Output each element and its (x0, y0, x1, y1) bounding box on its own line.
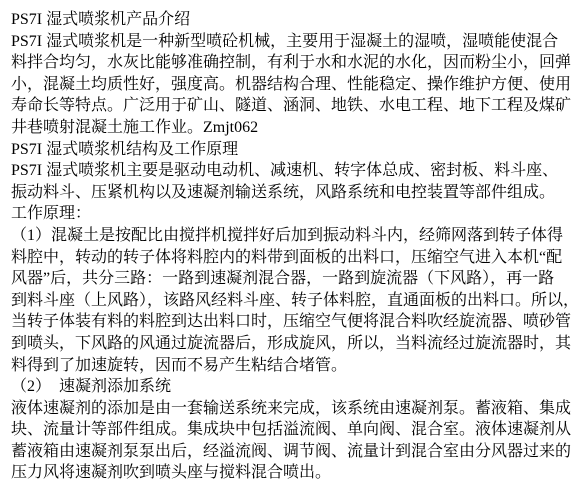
text-line: 料腔中，转动的转子体将料腔内的料带到面板的出料口，压缩空气进入本机“配 (11, 247, 570, 269)
text-line: PS7I 湿式喷浆机产品介绍 (11, 9, 570, 31)
text-line: 块、流量计等部件组成。集成块中包括溢流阀、单向阀、混合室。液体速凝剂从 (11, 419, 570, 441)
text-line: （2） 速凝剂添加系统 (11, 376, 570, 398)
document-body: PS7I 湿式喷浆机产品介绍PS7I 湿式喷浆机是一种新型喷砼机械，主要用于湿凝… (0, 0, 580, 484)
text-line: PS7I 湿式喷浆机是一种新型喷砼机械，主要用于湿凝土的湿喷，湿喷能使混合 (11, 31, 570, 53)
text-line: 小，混凝土均质性好，强度高。机器结构合理、性能稳定、操作维护方便、使用 (11, 74, 570, 96)
text-line: PS7I 湿式喷浆机主要是驱动电动机、减速机、转字体总成、密封板、料斗座、 (11, 160, 570, 182)
text-line: 料得到了加速旋转，因而不易产生粘结合堵管。 (11, 355, 570, 377)
text-line: （1）混凝土是按配比由搅拌机搅拌好后加到振动料斗内，经筛网落到转子体得 (11, 225, 570, 247)
text-line: 井巷喷射混凝土施工作业。Zmjt062 (11, 117, 570, 139)
text-line: 蓄液箱由速凝剂泵泵出后，经溢流阀、调节阀、流量计到混合室由分风器过来的 (11, 441, 570, 463)
text-line: 到喷头，下风路的风通过旋流器后，形成旋风，所以，当料流经过旋流器时，其 (11, 333, 570, 355)
text-line: 液体速凝剂的添加是由一套输送系统来完成，该系统由速凝剂泵。蓄液箱、集成 (11, 398, 570, 420)
text-line: 料拌合均匀，水灰比能够准确控制，有利于水和水泥的水化，因而粉尘小，回弹 (11, 52, 570, 74)
text-line: PS7I 湿式喷浆机结构及工作原理 (11, 139, 570, 161)
text-line: 到料斗座（上风路），该路风经料斗座、转子体料腔，直通面板的出料口。所以， (11, 290, 570, 312)
text-line: 压力风将速凝剂吹到喷头座与搅料混合喷出。 (11, 462, 570, 484)
text-line: 工作原理： (11, 203, 570, 225)
text-line: 当转子体装有料的料腔到达出料口时，压缩空气便将混合料吹经旋流器、喷砂管 (11, 311, 570, 333)
text-line: 风器”后，共分三路：一路到速凝剂混合器，一路到旋流器（下风路），再一路 (11, 268, 570, 290)
text-line: 振动料斗、压紧机构以及速凝剂输送系统，风路系统和电控装置等部件组成。 (11, 182, 570, 204)
text-line: 寿命长等特点。广泛用于矿山、隧道、涵洞、地铁、水电工程、地下工程及煤矿 (11, 95, 570, 117)
document-page: PS7I 湿式喷浆机产品介绍PS7I 湿式喷浆机是一种新型喷砼机械，主要用于湿凝… (0, 0, 580, 485)
